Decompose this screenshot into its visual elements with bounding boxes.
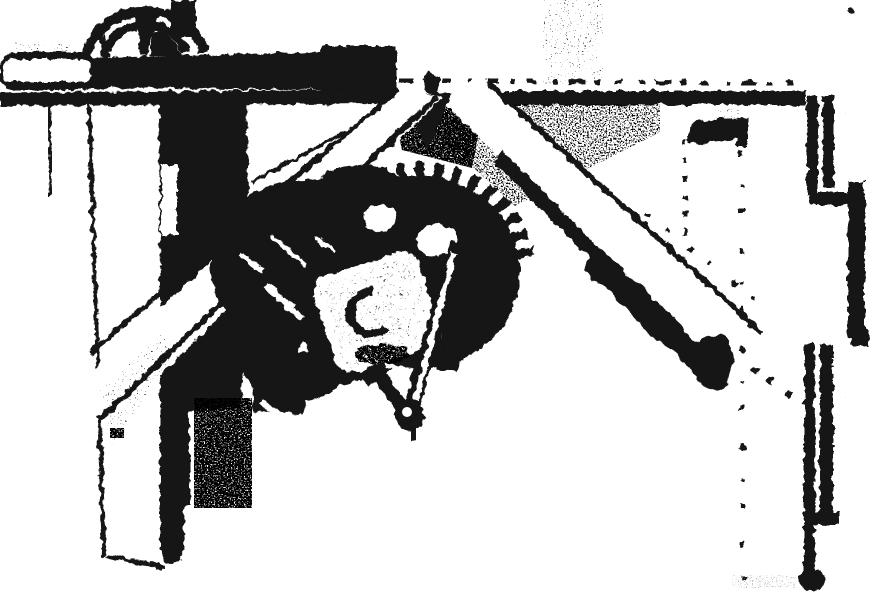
scan-dust <box>0 0 872 592</box>
scanned-photo <box>0 0 872 592</box>
